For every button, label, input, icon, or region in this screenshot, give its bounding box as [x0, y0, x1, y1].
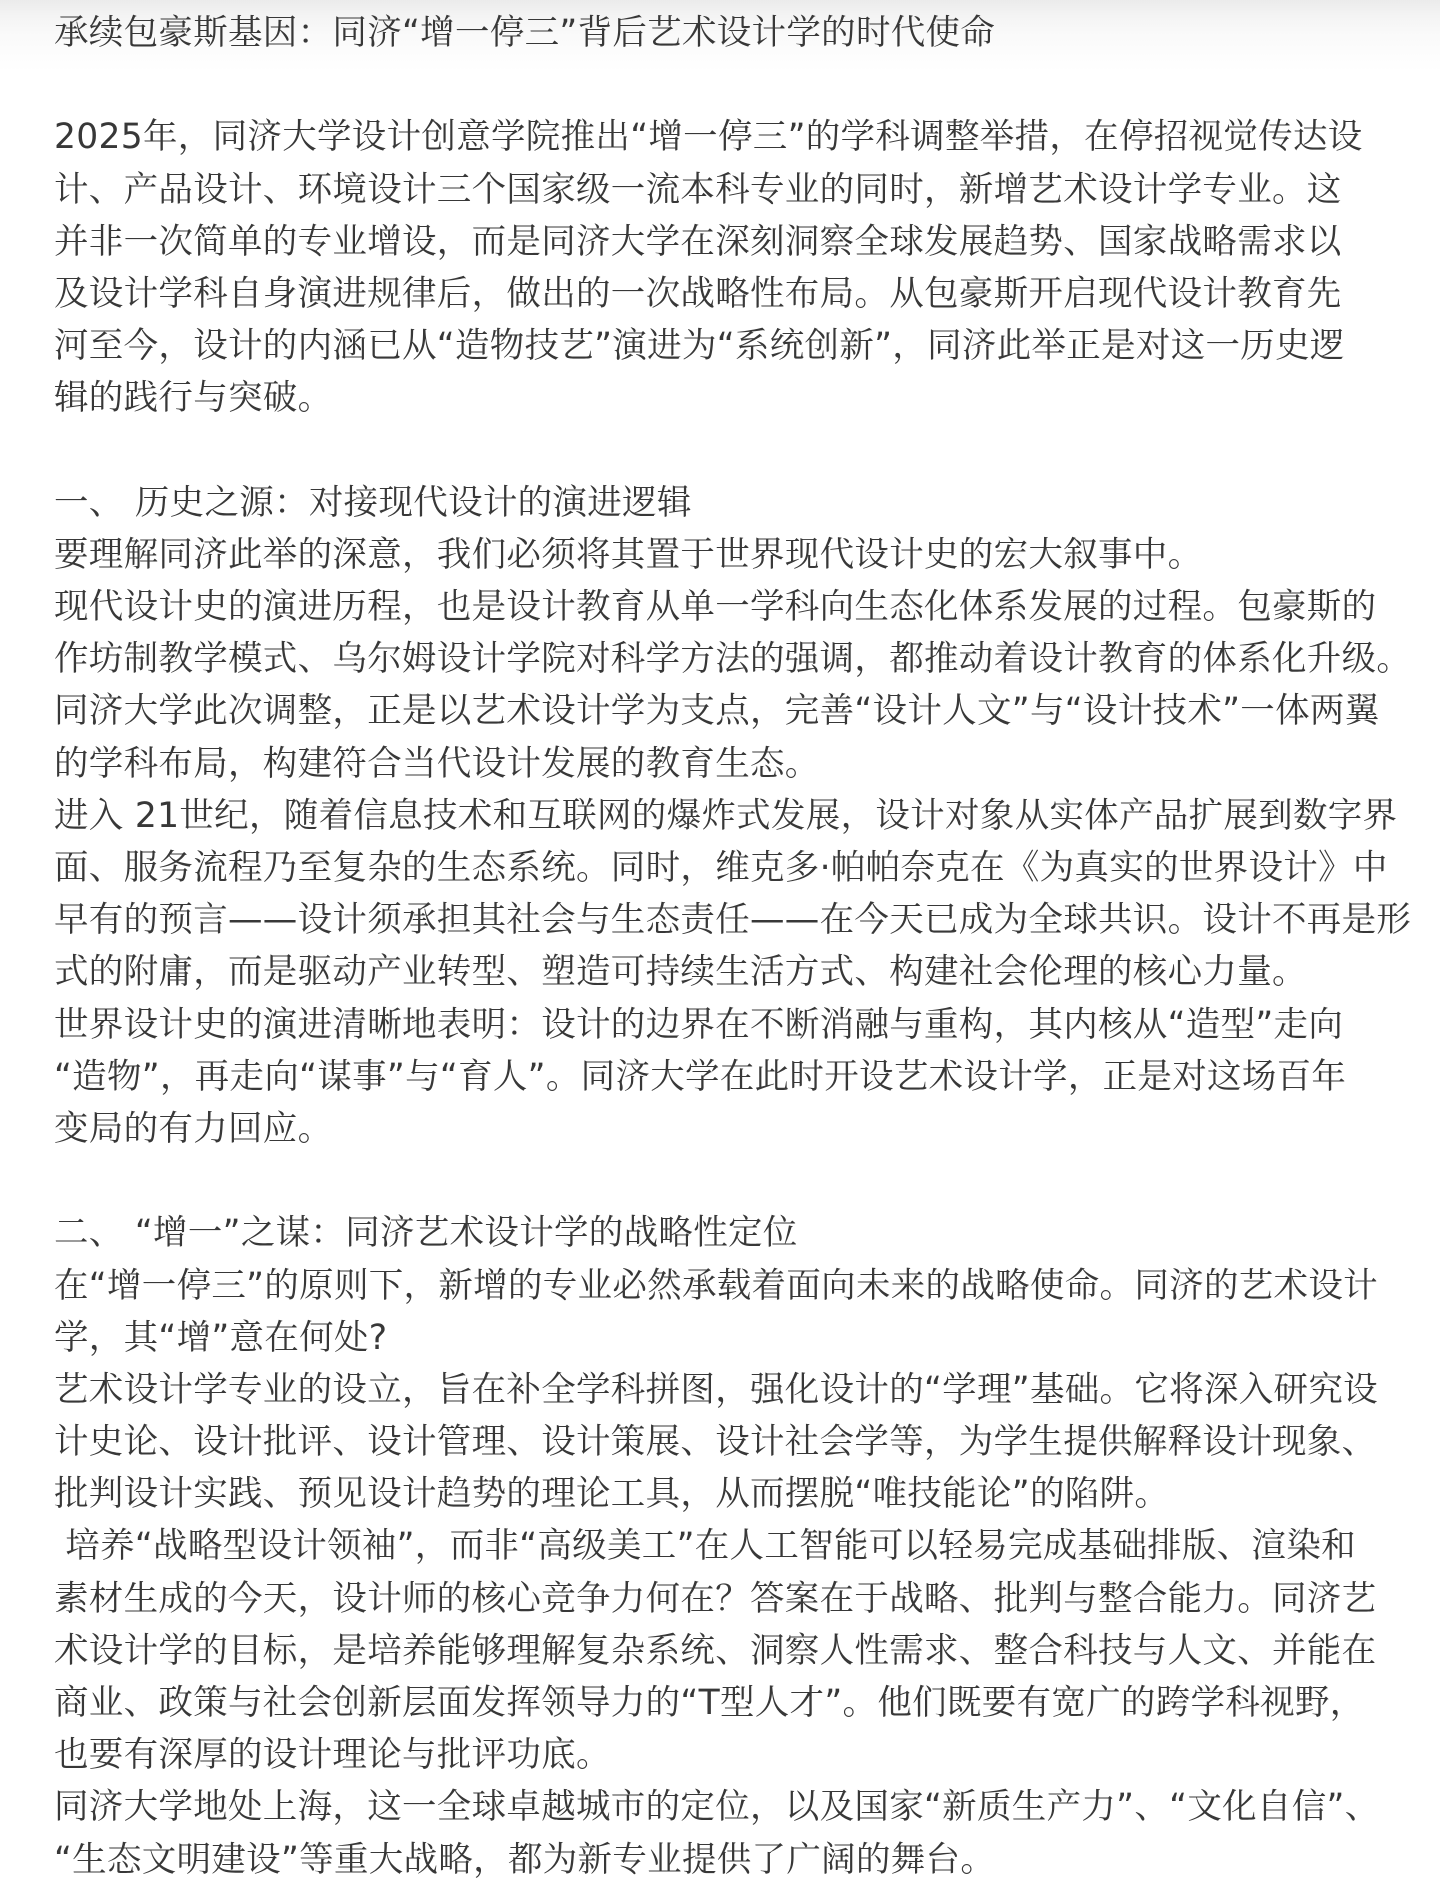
- section-strategy: 二、 “增一”之谋：同济艺术设计学的战略性定位 在“增一停三”的原则下，新增的专…: [54, 1207, 1440, 1885]
- paragraph: 培养“战略型设计领袖”，而非“高级美工”在人工智能可以轻易完成基础排版、渲染和 …: [54, 1520, 1440, 1781]
- paragraph-line: 商业、政策与社会创新层面发挥领导力的“T型人才”。他们既要有宽广的跨学科视野，: [54, 1677, 1440, 1729]
- paragraph-line: 早有的预言——设计须承担其社会与生态责任——在今天已成为全球共识。设计不再是形: [54, 894, 1440, 946]
- paragraph-line: 辑的践行与突破。: [54, 372, 1440, 424]
- paragraph: 在“增一停三”的原则下，新增的专业必然承载着面向未来的战略使命。同济的艺术设计 …: [54, 1260, 1440, 1364]
- paragraph-line: 同济大学此次调整，正是以艺术设计学为支点，完善“设计人文”与“设计技术”一体两翼: [54, 685, 1440, 737]
- paragraph: 要理解同济此举的深意，我们必须将其置于世界现代设计史的宏大叙事中。: [54, 529, 1440, 581]
- paragraph-line: 作坊制教学模式、乌尔姆设计学院对科学方法的强调，都推动着设计教育的体系化升级。: [54, 633, 1440, 685]
- paragraph: 同济大学地处上海，这一全球卓越城市的定位，以及国家“新质生产力”、“文化自信”、…: [54, 1781, 1440, 1885]
- paragraph-line: 进入 21世纪，随着信息技术和互联网的爆炸式发展，设计对象从实体产品扩展到数字界: [54, 790, 1440, 842]
- paragraph: 现代设计史的演进历程，也是设计教育从单一学科向生态化体系发展的过程。包豪斯的 作…: [54, 581, 1440, 790]
- article-title: 承续包豪斯基因：同济“增一停三”背后艺术设计学的时代使命: [54, 7, 1440, 59]
- paragraph-line: 计史论、设计批评、设计管理、设计策展、设计社会学等，为学生提供解释设计现象、: [54, 1416, 1440, 1468]
- paragraph: 世界设计史的演进清晰地表明：设计的边界在不断消融与重构，其内核从“造型”走向 “…: [54, 999, 1440, 1156]
- paragraph-line: 变局的有力回应。: [54, 1103, 1440, 1155]
- paragraph-line: 培养“战略型设计领袖”，而非“高级美工”在人工智能可以轻易完成基础排版、渲染和: [54, 1520, 1440, 1572]
- intro-paragraph: 2025年，同济大学设计创意学院推出“增一停三”的学科调整举措，在停招视觉传达设…: [54, 111, 1440, 424]
- paragraph-line: “造物”，再走向“谋事”与“育人”。同济大学在此时开设艺术设计学，正是对这场百年: [54, 1051, 1440, 1103]
- paragraph-line: 计、产品设计、环境设计三个国家级一流本科专业的同时，新增艺术设计学专业。这: [54, 164, 1440, 216]
- paragraph-line: 河至今，设计的内涵已从“造物技艺”演进为“系统创新”，同济此举正是对这一历史逻: [54, 320, 1440, 372]
- section-history: 一、 历史之源：对接现代设计的演进逻辑 要理解同济此举的深意，我们必须将其置于世…: [54, 477, 1440, 1155]
- paragraph-line: “生态文明建设”等重大战略，都为新专业提供了广阔的舞台。: [54, 1834, 1440, 1886]
- paragraph-line: 面、服务流程乃至复杂的生态系统。同时，维克多·帕帕奈克在《为真实的世界设计》中: [54, 842, 1440, 894]
- paragraph-line: 也要有深厚的设计理论与批评功底。: [54, 1729, 1440, 1781]
- paragraph: 进入 21世纪，随着信息技术和互联网的爆炸式发展，设计对象从实体产品扩展到数字界…: [54, 790, 1440, 999]
- blank-line: [54, 59, 1440, 111]
- paragraph-line: 的学科布局，构建符合当代设计发展的教育生态。: [54, 738, 1440, 790]
- blank-line: [54, 425, 1440, 477]
- paragraph-line: 式的附庸，而是驱动产业转型、塑造可持续生活方式、构建社会伦理的核心力量。: [54, 946, 1440, 998]
- section-heading: 二、 “增一”之谋：同济艺术设计学的战略性定位: [54, 1207, 1440, 1259]
- paragraph-line: 及设计学科自身演进规律后，做出的一次战略性布局。从包豪斯开启现代设计教育先: [54, 268, 1440, 320]
- paragraph-line: 世界设计史的演进清晰地表明：设计的边界在不断消融与重构，其内核从“造型”走向: [54, 999, 1440, 1051]
- section-heading: 一、 历史之源：对接现代设计的演进逻辑: [54, 477, 1440, 529]
- article-body: 承续包豪斯基因：同济“增一停三”背后艺术设计学的时代使命 2025年，同济大学设…: [0, 0, 1440, 1886]
- paragraph-line: 2025年，同济大学设计创意学院推出“增一停三”的学科调整举措，在停招视觉传达设: [54, 111, 1440, 163]
- paragraph-line: 艺术设计学专业的设立，旨在补全学科拼图，强化设计的“学理”基础。它将深入研究设: [54, 1364, 1440, 1416]
- paragraph-line: 素材生成的今天，设计师的核心竞争力何在？答案在于战略、批判与整合能力。同济艺: [54, 1573, 1440, 1625]
- paragraph-line: 现代设计史的演进历程，也是设计教育从单一学科向生态化体系发展的过程。包豪斯的: [54, 581, 1440, 633]
- paragraph-line: 术设计学的目标，是培养能够理解复杂系统、洞察人性需求、整合科技与人文、并能在: [54, 1625, 1440, 1677]
- paragraph-line: 在“增一停三”的原则下，新增的专业必然承载着面向未来的战略使命。同济的艺术设计: [54, 1260, 1440, 1312]
- paragraph-line: 并非一次简单的专业增设，而是同济大学在深刻洞察全球发展趋势、国家战略需求以: [54, 216, 1440, 268]
- paragraph-line: 要理解同济此举的深意，我们必须将其置于世界现代设计史的宏大叙事中。: [54, 529, 1440, 581]
- paragraph-line: 学，其“增”意在何处?: [54, 1312, 1440, 1364]
- blank-line: [54, 1155, 1440, 1207]
- paragraph: 艺术设计学专业的设立，旨在补全学科拼图，强化设计的“学理”基础。它将深入研究设 …: [54, 1364, 1440, 1521]
- paragraph-line: 批判设计实践、预见设计趋势的理论工具，从而摆脱“唯技能论”的陷阱。: [54, 1468, 1440, 1520]
- paragraph-line: 同济大学地处上海，这一全球卓越城市的定位，以及国家“新质生产力”、“文化自信”、: [54, 1781, 1440, 1833]
